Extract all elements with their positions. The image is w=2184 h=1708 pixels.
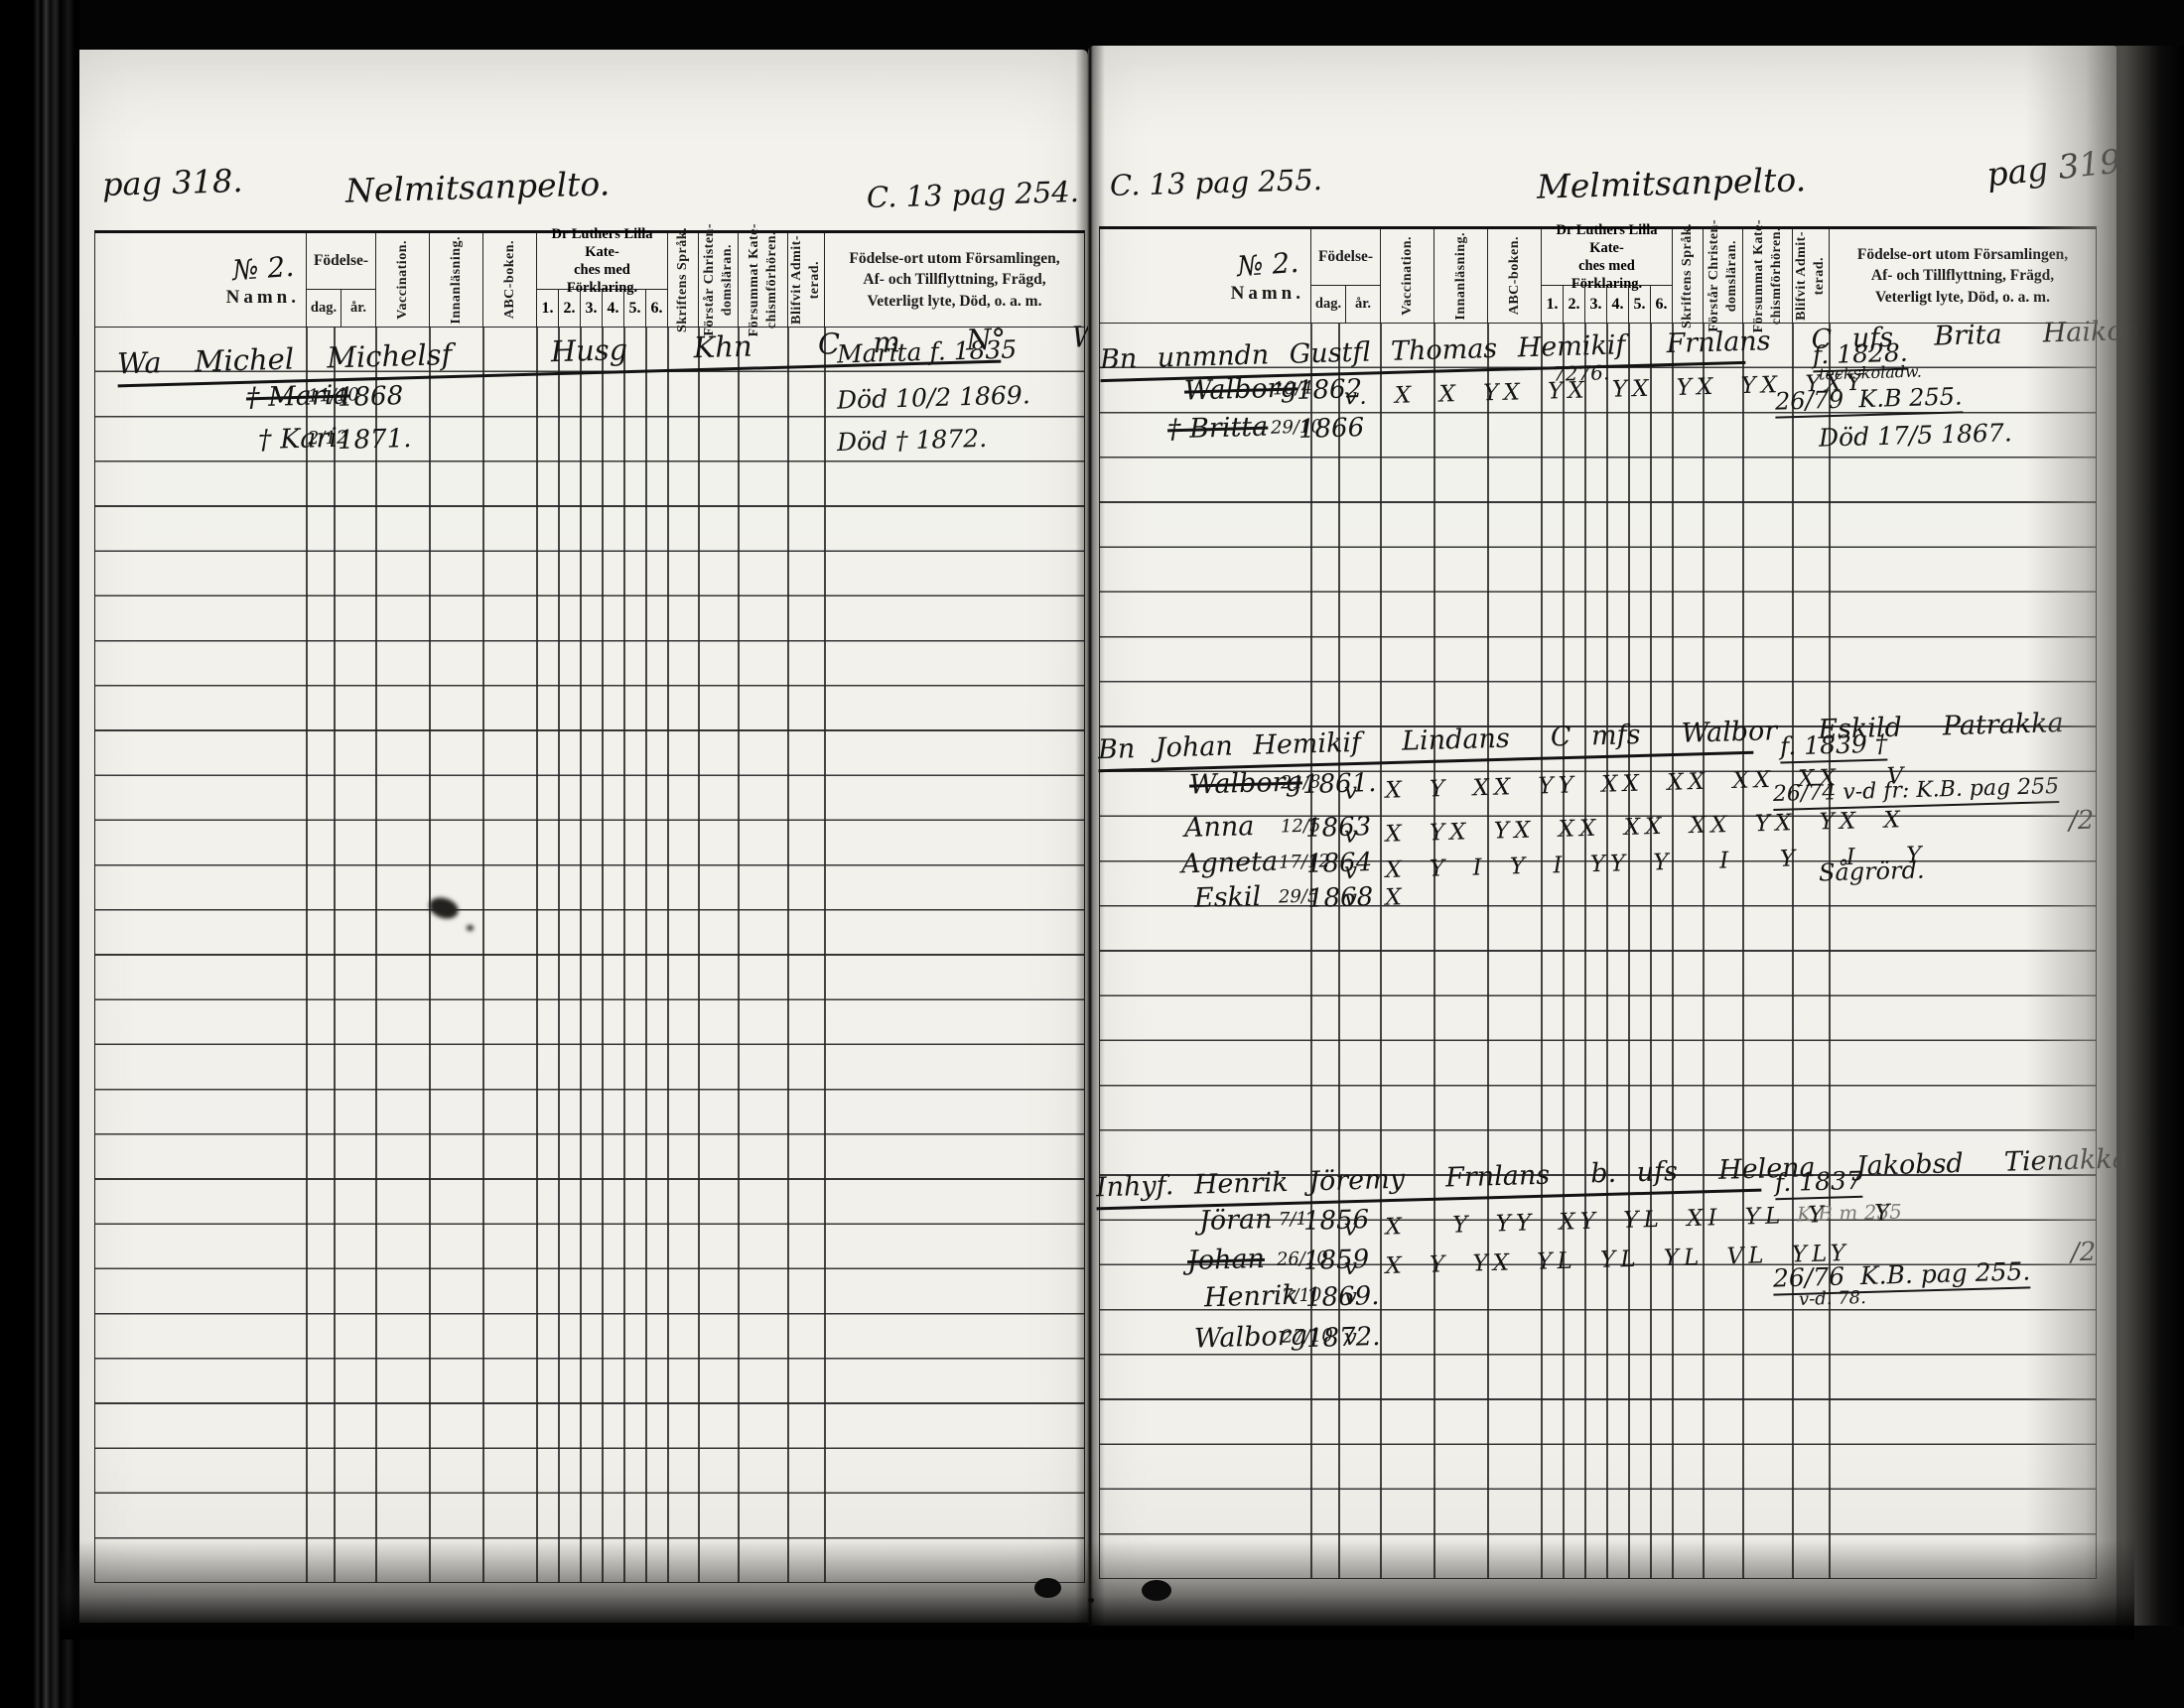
grade-5: 5. (623, 290, 645, 327)
left-page: pag 318. Nelmitsanpelto. C. 13 pag 254. … (77, 50, 1088, 1623)
left-place-title: Nelmitsanpelto. (345, 167, 611, 206)
col-abc-label: ABC-boken. (502, 240, 518, 319)
col-skriftens-header: Skriftens Språk. (1672, 229, 1703, 323)
grade-1: 1. (1542, 286, 1563, 323)
remarks-label-3: Veterligt lyte, Död, o. a. m. (1875, 289, 2050, 306)
member-grade-marks: v X (1344, 886, 1407, 911)
col-name-header: № 2. Namn. (1100, 229, 1310, 323)
column-rule (429, 328, 431, 1583)
right-table-body (1099, 324, 2097, 1579)
col-name-header: № 2. Namn. (95, 233, 306, 327)
column-rule (1310, 324, 1312, 1579)
col-dag-label: dag. (1311, 286, 1345, 323)
column-rule (1606, 324, 1608, 1579)
blifvit-label-2: terad. (807, 261, 823, 299)
left-table: № 2. Namn. Födelse- dag. år. Vaccination… (94, 230, 1085, 328)
grade-2: 2. (1563, 286, 1584, 323)
blifvit-label-2: terad. (1812, 257, 1828, 295)
left-book-ref: C. 13 pag 254. (867, 178, 1080, 212)
member-remark: Sågrörd. (1819, 858, 1925, 885)
blifvit-label-1: Blifvit Admit- (1794, 231, 1810, 321)
column-rule (738, 328, 740, 1583)
col-innanlasning-label: Innanläsning. (449, 236, 465, 325)
family-head-remark: f. 1837 (1775, 1168, 1863, 1200)
member-birth-year: 1866 (1298, 415, 1365, 443)
book-left-edge (0, 0, 79, 1708)
member-grade-marks: v (1344, 1327, 1363, 1350)
left-table-body (94, 328, 1085, 1583)
grade-6: 6. (1650, 286, 1672, 323)
column-rule (1792, 324, 1794, 1579)
col-dag-label: dag. (307, 290, 341, 327)
right-place-title: Melmitsanpelto. (1537, 163, 1807, 203)
child-remark: Död 10/2 1869. (837, 382, 1030, 412)
kateches-label-1: Dr Luthers Lilla Kate- (537, 225, 667, 261)
grade-5: 5. (1628, 286, 1650, 323)
column-rule (1672, 324, 1674, 1579)
child-remark: Död † 1872. (837, 426, 988, 455)
column-rule (1703, 324, 1705, 1579)
column-rule (1742, 324, 1744, 1579)
blifvit-label-1: Blifvit Admit- (789, 235, 805, 325)
column-rule (698, 328, 700, 1583)
forsummat-label-2: chismförhören. (764, 231, 780, 328)
book-right-edge (2025, 46, 2184, 1626)
right-table: № 2. Namn. Födelse- dag. år. Vaccination… (1099, 226, 2097, 324)
col-forstar-header: Förstår Christen- domsläran. (698, 233, 738, 327)
column-rule (1433, 324, 1435, 1579)
col-fodelse-label: Födelse- (307, 233, 375, 290)
forstar-label-1: Förstår Christen- (702, 223, 718, 336)
col-abc-label: ABC-boken. (1507, 236, 1523, 315)
col-kateches-header: Dr Luthers Lilla Kate- ches med Förklari… (1541, 229, 1672, 323)
member-remark: teckskoladw. (1819, 364, 1922, 383)
column-rule (580, 328, 582, 1583)
remarks-label-2: Af- och Tillflyttning, Frägd, (863, 271, 1045, 288)
left-page-number: pag 318. (102, 165, 243, 200)
book-bottom-shadow (60, 1540, 2134, 1640)
grade-3: 3. (1584, 286, 1606, 323)
ink-speck (467, 925, 474, 931)
col-kateches-header: Dr Luthers Lilla Kate- ches med Förklari… (536, 233, 667, 327)
member-grade-marks: v (1344, 1286, 1363, 1309)
col-abc-header: ABC-boken. (482, 233, 536, 327)
col-remarks-header: Födelse-ort utom Församlingen, Af- och T… (824, 233, 1084, 327)
col-blifvit-header: Blifvit Admit- terad. (1792, 229, 1829, 323)
column-rule (375, 328, 377, 1583)
col-skriftens-label: Skriftens Språk. (675, 227, 691, 332)
column-rule (1338, 324, 1340, 1579)
left-table-header: № 2. Namn. Födelse- dag. år. Vaccination… (94, 230, 1085, 328)
column-rule (1487, 324, 1489, 1579)
grade-3: 3. (580, 290, 602, 327)
col-fodelse-label: Födelse- (1311, 229, 1380, 286)
column-rule (824, 328, 826, 1583)
grade-4: 4. (602, 290, 623, 327)
right-page: C. 13 pag 255. Melmitsanpelto. pag 319. … (1088, 46, 2116, 1626)
col-birth-header: Födelse- dag. år. (306, 233, 375, 327)
col-vaccination-label: Vaccination. (395, 240, 411, 320)
column-rule (1584, 324, 1586, 1579)
column-rule (602, 328, 604, 1583)
right-book-ref: C. 13 pag 255. (1110, 166, 1323, 200)
column-rule (1563, 324, 1565, 1579)
ink-speck (1088, 1598, 1094, 1603)
column-rule (787, 328, 789, 1583)
forstar-label-2: domsläran. (1724, 240, 1740, 312)
member-name: Johan (1187, 1246, 1266, 1274)
scanned-parish-register: pag 318. Nelmitsanpelto. C. 13 pag 254. … (0, 0, 2184, 1708)
col-vaccination-header: Vaccination. (1380, 229, 1433, 323)
grade-1: 1. (537, 290, 558, 327)
forstar-label-2: domsläran. (720, 244, 736, 316)
member-name: Eskil (1194, 883, 1262, 912)
column-rule (558, 328, 560, 1583)
family-head-remark: Marita f. 1835 (837, 336, 1018, 366)
ink-blot (1034, 1578, 1061, 1598)
col-birth-header: Födelse- dag. år. (1310, 229, 1380, 323)
col-forstar-header: Förstår Christen- domsläran. (1703, 229, 1742, 323)
col-innanlasning-header: Innanläsning. (1433, 229, 1487, 323)
column-rule (334, 328, 336, 1583)
column-rule (1628, 324, 1630, 1579)
col-vaccination-header: Vaccination. (375, 233, 429, 327)
household-no-handwritten: № 2. (1236, 245, 1299, 282)
right-table-header: № 2. Namn. Födelse- dag. år. Vaccination… (1099, 226, 2097, 324)
col-skriftens-label: Skriftens Språk. (1680, 223, 1696, 328)
ink-blot (1142, 1580, 1171, 1601)
member-name: Anna (1184, 813, 1255, 842)
column-rule (482, 328, 484, 1583)
column-rule (1650, 324, 1652, 1579)
book-spine-shadow (1075, 40, 1105, 1633)
grade-2: 2. (558, 290, 580, 327)
col-innanlasning-label: Innanläsning. (1453, 232, 1469, 321)
col-forsummat-header: Försummat Kate- chismförhören. (738, 233, 787, 327)
col-skriftens-header: Skriftens Språk. (667, 233, 698, 327)
member-name: Agneta (1181, 849, 1279, 878)
kateches-label-1: Dr Luthers Lilla Kate- (1542, 221, 1672, 257)
column-rule (536, 328, 538, 1583)
column-rule (306, 328, 308, 1583)
remarks-label-1: Födelse-ort utom Församlingen, (849, 250, 1059, 267)
col-blifvit-header: Blifvit Admit- terad. (787, 233, 824, 327)
member-name: Jöran (1199, 1206, 1273, 1235)
col-namn-label: Namn. (226, 287, 300, 309)
col-namn-label: Namn. (1231, 283, 1304, 305)
member-name: † Britta (1167, 414, 1269, 444)
member-remark-2: 26/79 K.B 255. (1775, 384, 1963, 418)
column-rule (667, 328, 669, 1583)
household-no-handwritten: № 2. (231, 249, 295, 286)
column-rule (1380, 324, 1382, 1579)
col-vaccination-label: Vaccination. (1400, 236, 1416, 316)
remarks-label-3: Veterligt lyte, Död, o. a. m. (868, 293, 1042, 310)
column-rule (623, 328, 625, 1583)
forsummat-label-1: Försummat Kate- (1751, 219, 1767, 332)
col-innanlasning-header: Innanläsning. (429, 233, 482, 327)
grade-6: 6. (645, 290, 667, 327)
col-ar-label: år. (341, 290, 375, 327)
child-birth-year: 1868 (338, 383, 404, 411)
child-birth-year: 1871. (338, 426, 412, 454)
member-birth-year: 1869. (1305, 1283, 1380, 1311)
member-remark-2: v-d. 78. (1799, 1289, 1866, 1309)
column-rule (1829, 324, 1831, 1579)
col-forsummat-header: Försummat Kate- chismförhören. (1742, 229, 1792, 323)
col-ar-label: år. (1345, 286, 1380, 323)
family-head-remark: f. 1839 † (1780, 730, 1888, 763)
column-rule (1541, 324, 1543, 1579)
grade-4: 4. (1606, 286, 1628, 323)
forstar-label-1: Förstår Christen- (1706, 219, 1722, 332)
member-remark: Död 17/5 1867. (1819, 420, 2012, 450)
forsummat-label-2: chismförhören. (1769, 227, 1785, 325)
column-rule (645, 328, 647, 1583)
col-abc-header: ABC-boken. (1487, 229, 1541, 323)
forsummat-label-1: Försummat Kate- (747, 223, 762, 336)
